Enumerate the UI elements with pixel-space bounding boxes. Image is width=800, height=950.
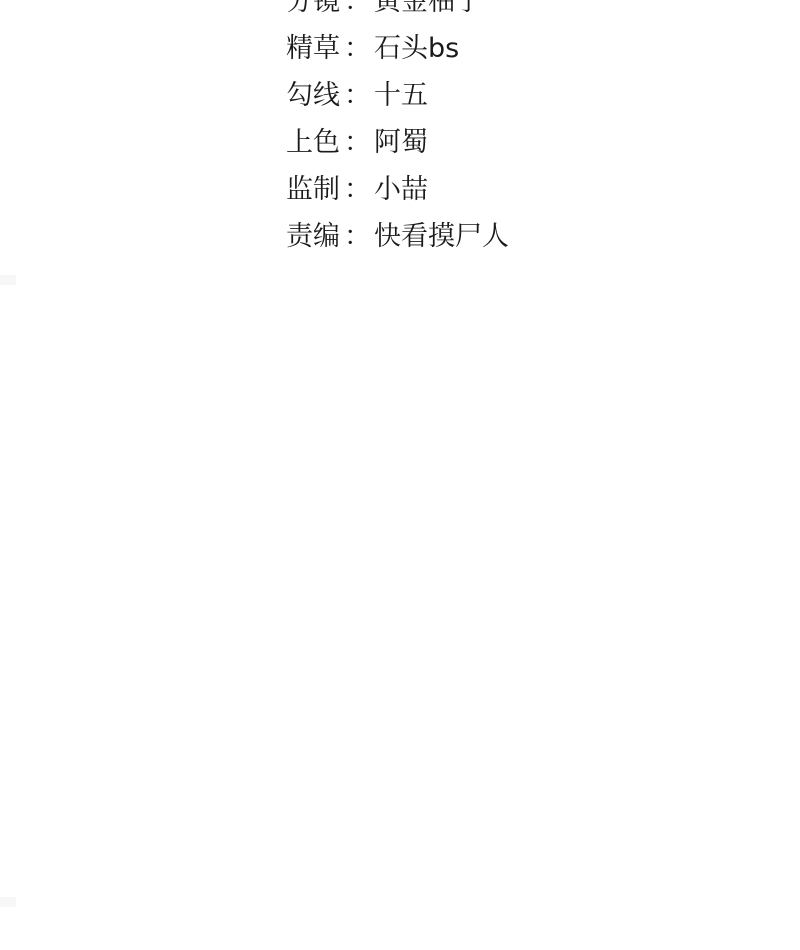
- credit-role: 责编: [286, 213, 344, 260]
- credits-list: 分镜 ： 黄金柚子 精草 ： 石头bs 勾线 ： 十五 上色 ： 阿蜀 监制 ：…: [286, 0, 509, 260]
- credit-role: 勾线: [286, 72, 344, 119]
- credit-separator: ：: [344, 72, 374, 119]
- credit-role: 上色: [286, 119, 344, 166]
- credit-name: 快看摸尸人: [374, 213, 509, 260]
- edge-mark: [0, 275, 16, 285]
- credit-role: 监制: [286, 166, 344, 213]
- credit-separator: ：: [344, 0, 374, 25]
- credit-name: 阿蜀: [374, 119, 428, 166]
- credit-storyboard: 分镜 ： 黄金柚子: [286, 0, 509, 25]
- credit-separator: ：: [344, 25, 374, 72]
- credit-separator: ：: [344, 119, 374, 166]
- credit-role: 分镜: [286, 0, 344, 25]
- edge-mark: [0, 897, 16, 907]
- credit-name: 十五: [374, 72, 428, 119]
- credit-role: 精草: [286, 25, 344, 72]
- credit-name: 石头bs: [374, 25, 459, 72]
- credit-sketch: 精草 ： 石头bs: [286, 25, 509, 72]
- credit-name: 小喆: [374, 166, 428, 213]
- credit-separator: ：: [344, 166, 374, 213]
- credit-name: 黄金柚子: [374, 0, 482, 25]
- credit-supervisor: 监制 ： 小喆: [286, 166, 509, 213]
- credit-editor: 责编 ： 快看摸尸人: [286, 213, 509, 260]
- credit-lineart: 勾线 ： 十五: [286, 72, 509, 119]
- credit-coloring: 上色 ： 阿蜀: [286, 119, 509, 166]
- credit-separator: ：: [344, 213, 374, 260]
